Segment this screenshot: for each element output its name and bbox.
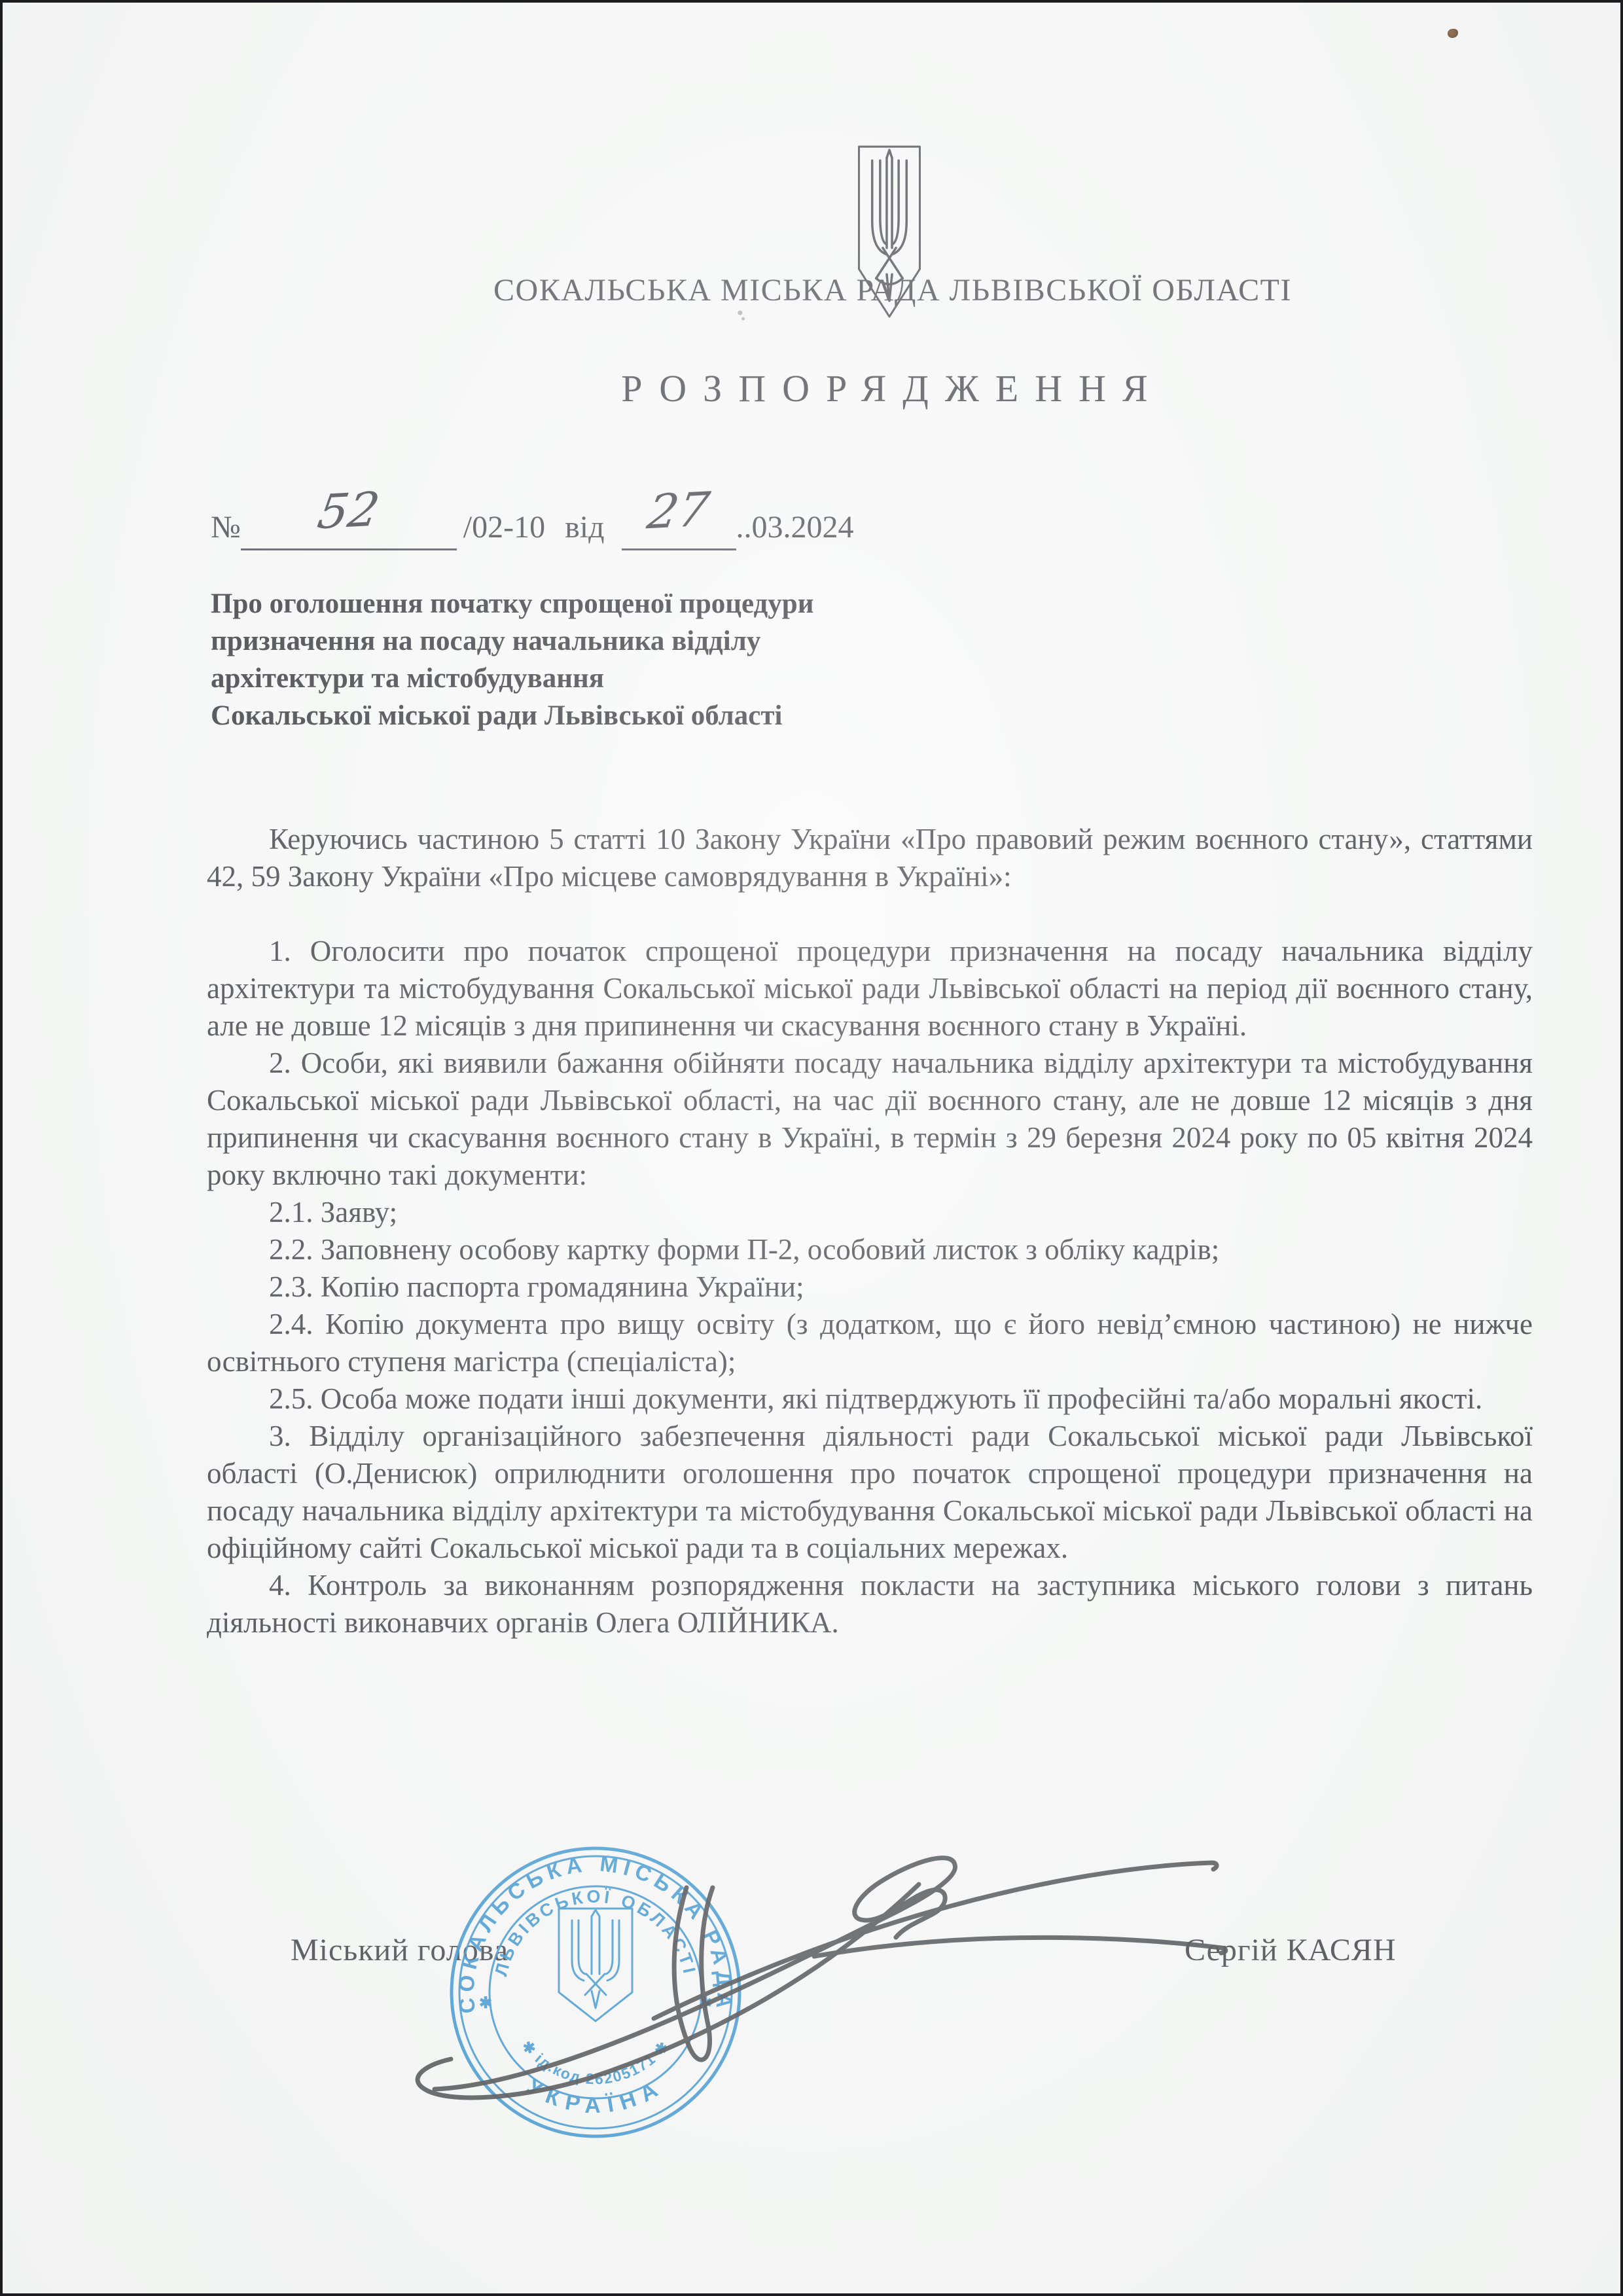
order-item: 2.5. Особа може подати інші документи, я…	[207, 1380, 1533, 1418]
subject-block: Про оголошення початку спрощеної процеду…	[211, 585, 1061, 734]
order-item: 4. Контроль за виконанням розпорядження …	[207, 1567, 1533, 1641]
number-suffix: /02-10	[463, 509, 545, 545]
handwritten-number: 52	[314, 482, 383, 540]
paper-speck	[1448, 29, 1458, 38]
from-label: від	[565, 509, 604, 545]
order-item: 2.1. Заяву;	[207, 1194, 1533, 1231]
document-type-title: РОЗПОРЯДЖЕННЯ	[179, 367, 1606, 410]
order-item: 2. Особи, які виявили бажання обійняти п…	[207, 1045, 1533, 1194]
order-item: 2.2. Заповнену особову картку форми П-2,…	[207, 1231, 1533, 1268]
order-item: 1. Оголосити про початок спрощеної проце…	[207, 933, 1533, 1045]
signature-stroke	[395, 1822, 1246, 2110]
order-item: 2.4. Копію документа про вищу освіту (з …	[207, 1306, 1533, 1380]
number-blank: 52	[241, 493, 457, 550]
date-blank: 27	[622, 493, 736, 550]
date-rest: ..03.2024	[736, 509, 854, 545]
order-item: 2.3. Копію паспорта громадянина України;	[207, 1268, 1533, 1306]
order-item: 3. Відділу організаційного забезпечення …	[207, 1418, 1533, 1567]
document-body: Керуючись частиною 5 статті 10 Закону Ук…	[207, 821, 1533, 1641]
scan-smudge	[737, 309, 747, 322]
organization-name: СОКАЛЬСЬКА МІСЬКА РАДА ЛЬВІВСЬКОЇ ОБЛАСТ…	[179, 272, 1606, 308]
preamble: Керуючись частиною 5 статті 10 Закону Ук…	[207, 821, 1533, 895]
number-sign: №	[211, 509, 241, 545]
number-date-line: №52/02-10від27..03.2024	[211, 493, 854, 550]
handwritten-day: 27	[644, 482, 713, 540]
scanned-document-page: СОКАЛЬСЬКА МІСЬКА РАДА ЛЬВІВСЬКОЇ ОБЛАСТ…	[0, 0, 1623, 2296]
